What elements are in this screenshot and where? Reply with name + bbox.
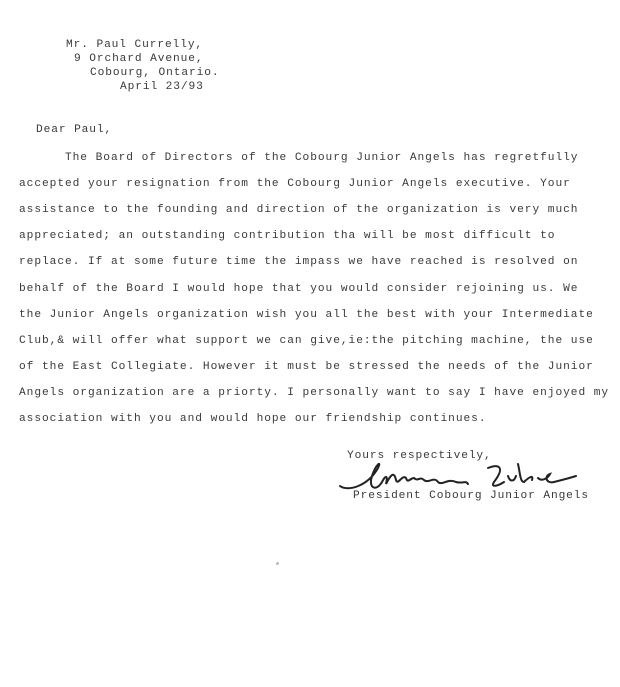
body-line: the Junior Angels organization wish you … [19,309,594,321]
body-line: Angels organization are a priorty. I per… [19,387,609,399]
recipient-street: 9 Orchard Avenue, [74,52,203,66]
body-line: Club,& will offer what support we can gi… [19,335,594,347]
salutation: Dear Paul, [36,124,112,136]
letter-page: Mr. Paul Currelly, 9 Orchard Avenue, Cob… [0,0,620,687]
body-line: behalf of the Board I would hope that yo… [19,283,578,295]
body-line: replace. If at some future time the impa… [19,256,578,268]
body-line: accepted your resignation from the Cobou… [19,178,571,190]
body-line: association with you and would hope our … [19,413,486,425]
body-line: The Board of Directors of the Cobourg Ju… [19,152,578,164]
paper-speck [276,562,279,565]
recipient-name: Mr. Paul Currelly, [66,38,203,52]
body-line: assistance to the founding and direction… [19,204,578,216]
recipient-city: Cobourg, Ontario. [90,66,219,80]
body-line: appreciated; an outstanding contribution… [19,230,555,242]
signer-title: President Cobourg Junior Angels [353,490,589,502]
letter-date: April 23/93 [120,80,204,94]
body-line: of the East Collegiate. However it must … [19,361,594,373]
